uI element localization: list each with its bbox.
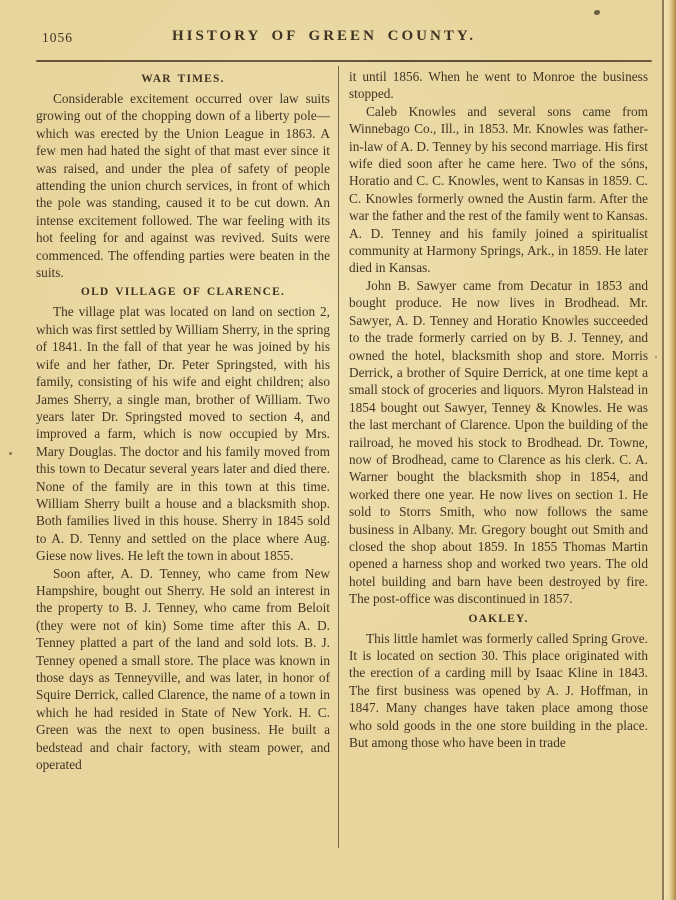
section-heading-war-times: WAR TIMES. — [36, 71, 330, 87]
paragraph: Caleb Knowles and several sons came from… — [349, 103, 648, 277]
page-edge-strip — [664, 0, 676, 900]
ink-speck — [655, 356, 657, 358]
paragraph: Soon after, A. D. Tenney, who came from … — [36, 565, 330, 774]
paragraph: The village plat was located on land on … — [36, 303, 330, 564]
section-heading-oakley: OAKLEY. — [349, 611, 648, 627]
column-divider — [338, 66, 339, 848]
header-rule — [36, 60, 652, 62]
section-heading-old-village-of-clarence: OLD VILLAGE OF CLARENCE. — [36, 284, 330, 300]
paragraph-continuation: it until 1856. When he went to Monroe th… — [349, 68, 648, 103]
paragraph: John B. Sawyer came from Decatur in 1853… — [349, 277, 648, 608]
ink-speck — [9, 452, 12, 455]
right-column: it until 1856. When he went to Monroe th… — [349, 68, 648, 868]
book-page: 1056 HISTORY OF GREEN COUNTY. WAR TIMES.… — [0, 0, 676, 900]
page-title: HISTORY OF GREEN COUNTY. — [0, 28, 648, 45]
paragraph: This little hamlet was formerly called S… — [349, 630, 648, 752]
paragraph: Considerable excitement occurred over la… — [36, 90, 330, 281]
ink-speck — [594, 10, 600, 15]
left-column: WAR TIMES. Considerable excitement occur… — [36, 68, 330, 868]
